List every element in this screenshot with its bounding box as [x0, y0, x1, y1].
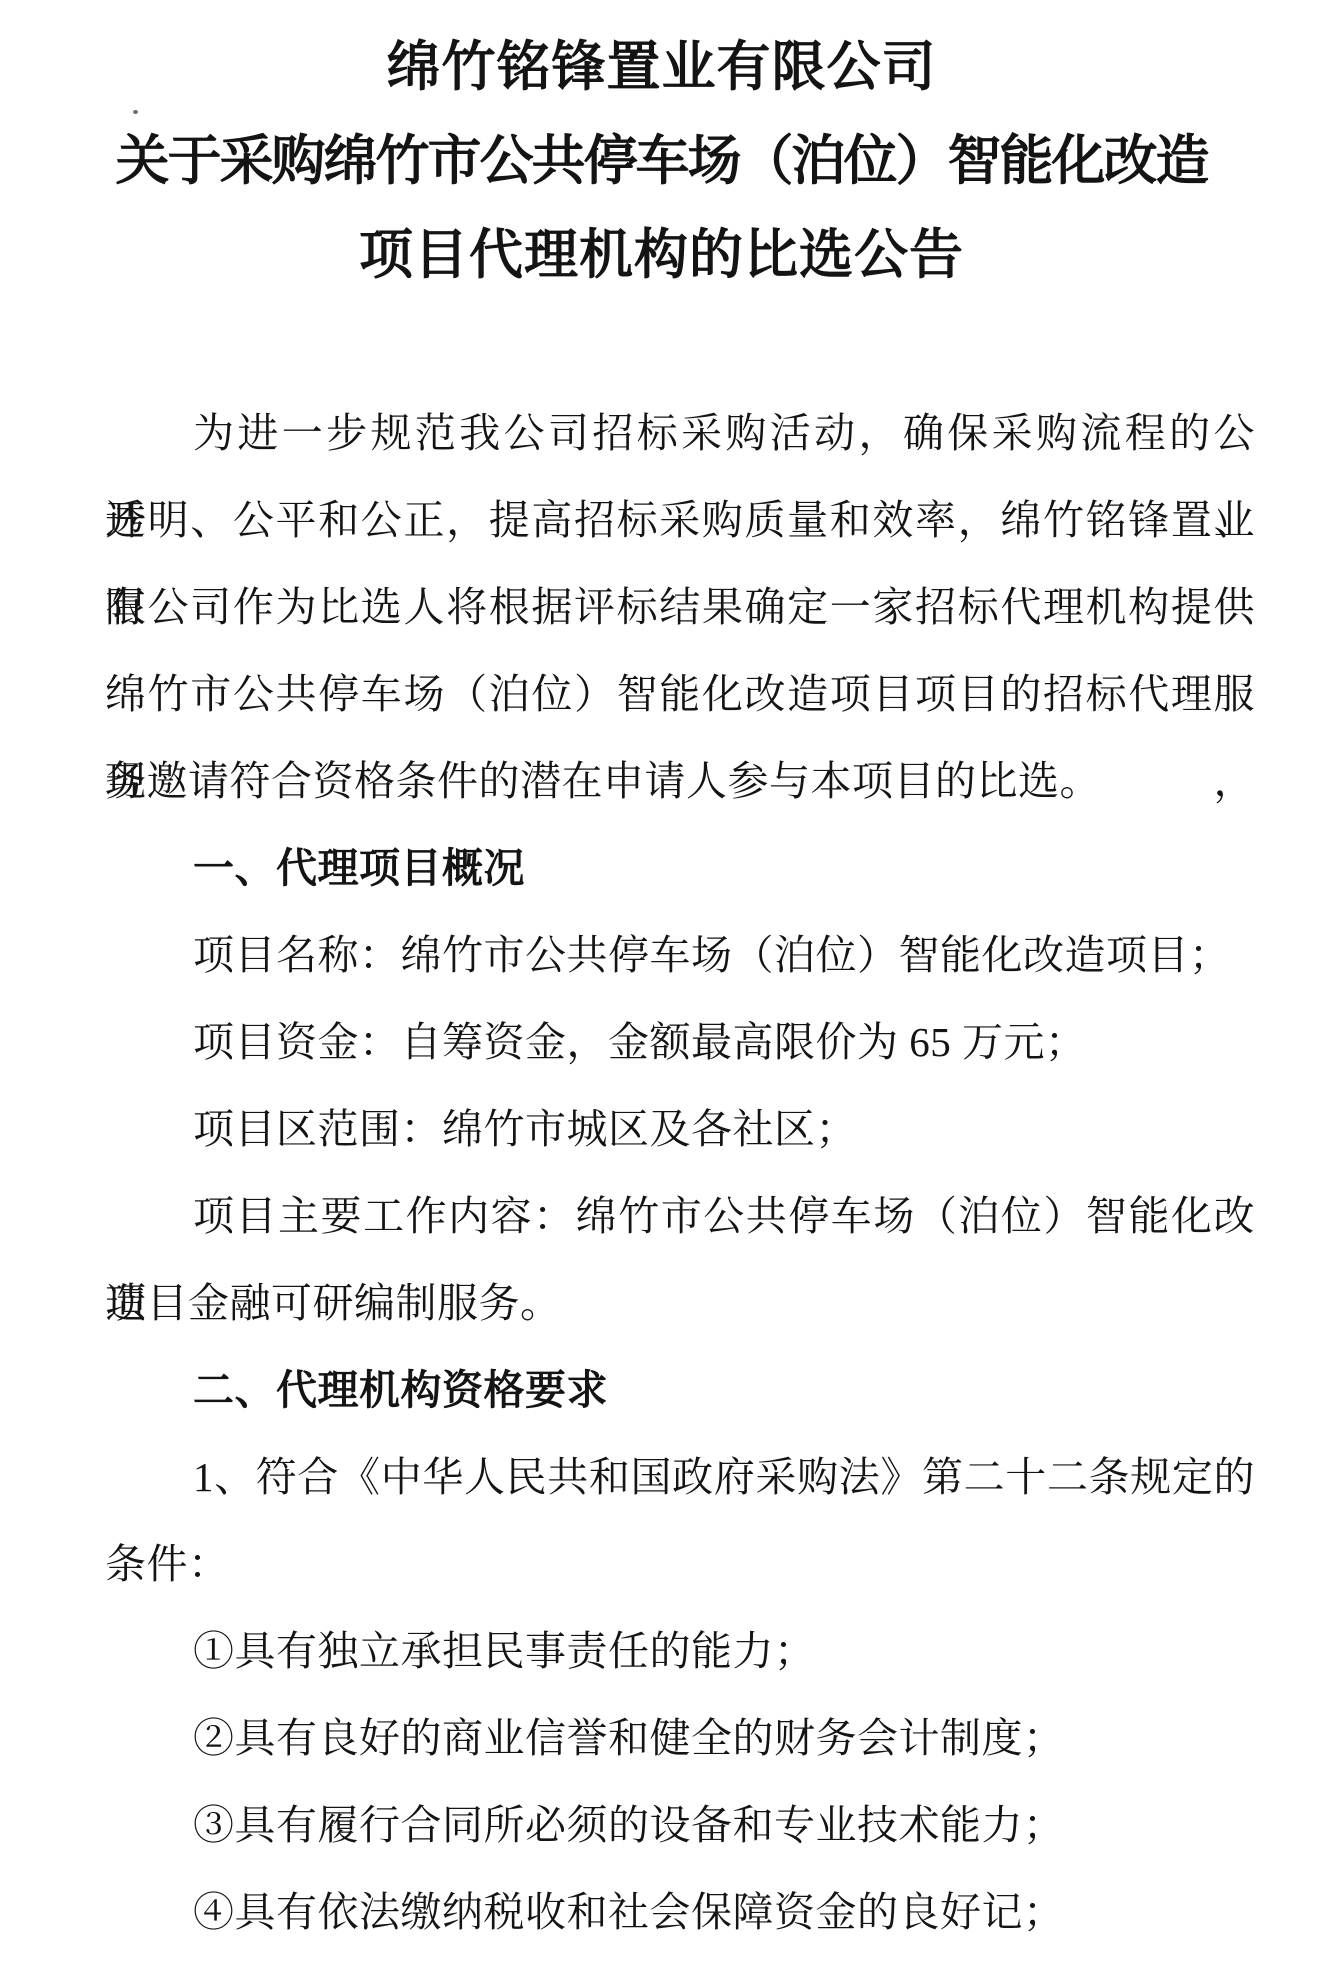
section1-line-project-name: 项目名称：绵竹市公共停车场（泊位）智能化改造项目；	[105, 912, 1255, 999]
document-title: 绵竹铭锋置业有限公司 关于采购绵竹市公共停车场（泊位）智能化改造 项目代理机构的…	[0, 20, 1323, 302]
section1-line-project-area: 项目区范围：绵竹市城区及各社区；	[105, 1086, 1255, 1173]
section1-line-project-funds: 项目资金：自筹资金，金额最高限价为 65 万元；	[105, 999, 1255, 1086]
section2-heading: 二、代理机构资格要求	[105, 1347, 1255, 1434]
section1-line-project-scope: 项目主要工作内容：绵竹市公共停车场（泊位）智能化改造	[105, 1173, 1255, 1260]
intro-line: 限公司作为比选人将根据评标结果确定一家招标代理机构提供	[105, 564, 1255, 651]
section2-line-condition-4: ④具有依法缴纳税收和社会保障资金的良好记；	[105, 1869, 1255, 1956]
intro-line: 绵竹市公共停车场（泊位）智能化改造项目项目的招标代理服务，	[105, 651, 1255, 738]
section2-line-condition-2: ②具有良好的商业信誉和健全的财务会计制度；	[105, 1695, 1255, 1782]
intro-line: 透明、公平和公正，提高招标采购质量和效率，绵竹铭锋置业有	[105, 477, 1255, 564]
document-page: 绵竹铭锋置业有限公司 关于采购绵竹市公共停车场（泊位）智能化改造 项目代理机构的…	[0, 0, 1323, 1972]
title-line-subject: 关于采购绵竹市公共停车场（泊位）智能化改造	[0, 114, 1323, 208]
section2-line-requirement-intro-cont: 条件：	[105, 1521, 1255, 1608]
section1-heading: 一、代理项目概况	[105, 825, 1255, 912]
intro-line: 现邀请符合资格条件的潜在申请人参与本项目的比选。	[105, 738, 1255, 825]
section2-line-condition-1: ①具有独立承担民事责任的能力；	[105, 1608, 1255, 1695]
title-line-company: 绵竹铭锋置业有限公司	[0, 20, 1323, 114]
title-line-notice: 项目代理机构的比选公告	[0, 208, 1323, 302]
section2-line-condition-3: ③具有履行合同所必须的设备和专业技术能力；	[105, 1782, 1255, 1869]
section2-line-requirement-intro: 1、符合《中华人民共和国政府采购法》第二十二条规定的	[105, 1434, 1255, 1521]
intro-line: 为进一步规范我公司招标采购活动，确保采购流程的公开、	[105, 390, 1255, 477]
document-body: 为进一步规范我公司招标采购活动，确保采购流程的公开、 透明、公平和公正，提高招标…	[105, 390, 1255, 1956]
section1-line-project-scope-cont: 项目金融可研编制服务。	[105, 1260, 1255, 1347]
